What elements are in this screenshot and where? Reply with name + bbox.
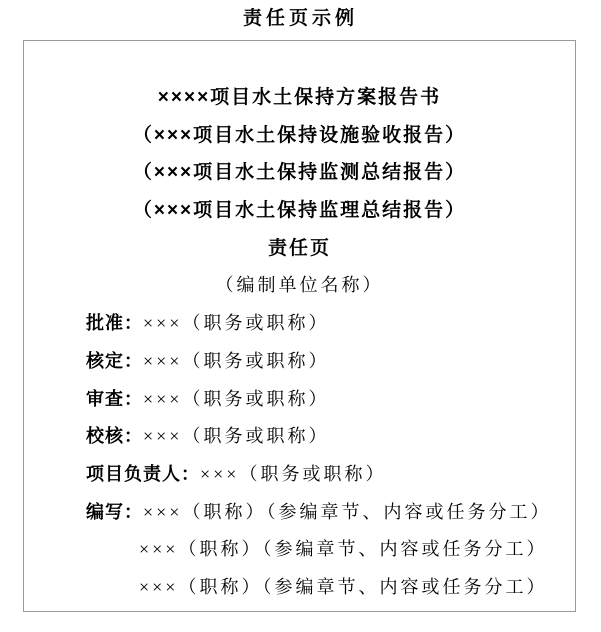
row-label: 核定： [86,351,143,371]
report-title-acceptance: （×××项目水土保持设施验收报告） [24,117,575,155]
unit-name-line: （编制单位名称） [24,267,575,305]
writer-extra-line: ×××（职称）（参编章节、内容或任务分工） [24,569,575,607]
row-label: 项目负责人： [86,464,200,484]
row-value: ×××（职务或职称） [143,389,329,409]
responsibility-row-project-leader: 项目负责人：×××（职务或职称） [24,456,575,494]
row-value: ×××（职务或职称） [143,351,329,371]
responsibility-row-review: 审查：×××（职务或职称） [24,381,575,419]
responsibility-row-verify: 核定：×××（职务或职称） [24,343,575,381]
row-value: ×××（职务或职称） [200,464,386,484]
row-value: ×××（职务或职称） [143,426,329,446]
report-title-supervision: （×××项目水土保持监理总结报告） [24,192,575,230]
row-value: ×××（职务或职称） [143,313,329,333]
report-title-main: ××××项目水土保持方案报告书 [24,79,575,117]
report-title-monitoring: （×××项目水土保持监测总结报告） [24,154,575,192]
section-heading: 责任页 [24,230,575,268]
row-label: 编写： [86,502,143,522]
row-label: 校核： [86,426,143,446]
row-value: ×××（职称）（参编章节、内容或任务分工） [143,502,551,522]
row-label: 批准： [86,313,143,333]
row-label: 审查： [86,389,143,409]
page: 责任页示例 ××××项目水土保持方案报告书 （×××项目水土保持设施验收报告） … [0,0,601,632]
responsibility-row-proofread: 校核：×××（职务或职称） [24,418,575,456]
page-title: 责任页示例 [0,0,601,40]
responsibility-row-approve: 批准：×××（职务或职称） [24,305,575,343]
responsibility-page-box: ××××项目水土保持方案报告书 （×××项目水土保持设施验收报告） （×××项目… [23,40,576,612]
responsibility-row-writers: 编写：×××（职称）（参编章节、内容或任务分工） [24,494,575,532]
writer-extra-line: ×××（职称）（参编章节、内容或任务分工） [24,531,575,569]
